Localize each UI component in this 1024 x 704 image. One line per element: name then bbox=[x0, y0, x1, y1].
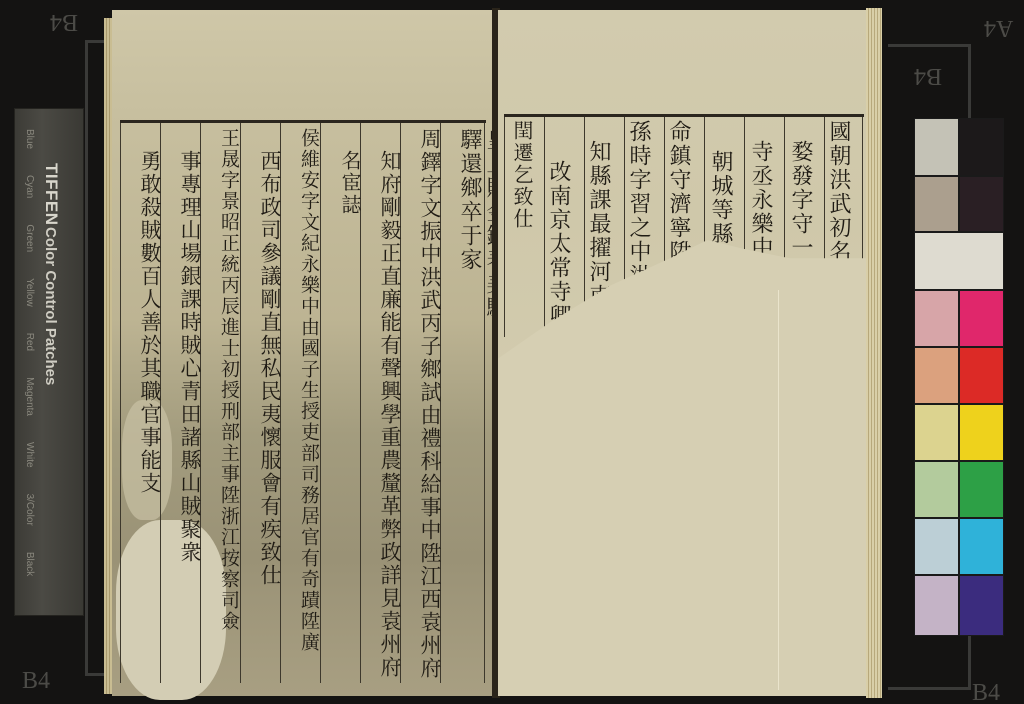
patch-cyan bbox=[959, 518, 1004, 575]
label-cyan: Cyan bbox=[24, 175, 35, 198]
open-book: 皇上賜金鏹表美馳驛還鄉卒于家 周鐸字文振中洪武丙子鄉試由禮科給事中陞江西袁州府 … bbox=[104, 8, 890, 698]
tiffen-brand: TIFFEN bbox=[41, 163, 61, 226]
label-black: Black bbox=[24, 552, 35, 576]
label-magenta: Magenta bbox=[24, 377, 35, 416]
label-yellow: Yellow bbox=[24, 278, 35, 307]
patch-orange-light bbox=[914, 347, 959, 404]
left-col-3: 知府剛毅正直廉能有聲興學重農釐革弊政詳見袁州府 bbox=[376, 150, 404, 690]
color-checker-chart bbox=[914, 118, 1004, 636]
patch-pink-light bbox=[914, 290, 959, 347]
left-col-8: 事專理山場銀課時賊心青田諸縣山賊聚衆 bbox=[176, 150, 204, 580]
left-col-2: 周鐸字文振中洪武丙子鄉試由禮科給事中陞江西袁州府 bbox=[416, 128, 444, 688]
left-col-6: 西布政司參議剛直無私民夷懷服會有疾致仕 bbox=[256, 150, 284, 670]
left-page: 皇上賜金鏹表美馳驛還鄉卒于家 周鐸字文振中洪武丙子鄉試由禮科給事中陞江西袁州府 … bbox=[112, 10, 494, 696]
patch-white bbox=[914, 232, 1004, 290]
patch-violet-light bbox=[914, 575, 959, 636]
patch-cyan-light bbox=[914, 518, 959, 575]
left-col-5: 侯維安字文紀永樂中由國子生授吏部司務居官有奇蹟陞廣 bbox=[296, 128, 322, 668]
paper-crease bbox=[778, 290, 779, 690]
patch-black bbox=[959, 118, 1004, 176]
right-page: 國朝洪武初名 婺發字守一洪 寺丞永樂中 朝城等縣建言 命鎮守濟寧陞刑 孫時字習之… bbox=[498, 10, 872, 696]
tiffen-color-strip: TIFFEN Color Control Patches Blue Cyan G… bbox=[14, 108, 84, 616]
patch-yellow bbox=[959, 404, 1004, 461]
tiffen-title: Color Control Patches bbox=[42, 227, 59, 385]
patch-red bbox=[959, 347, 1004, 404]
right-col-9: 閏遷乞致仕 bbox=[508, 120, 536, 250]
label-blue: Blue bbox=[24, 129, 35, 149]
right-page-edges bbox=[866, 8, 882, 698]
left-col-7: 王晟字景昭正統丙辰進士初授刑部主事陞浙江按察司僉 bbox=[216, 128, 242, 668]
patch-gray-light bbox=[914, 118, 959, 176]
background-mark-b4-top-left: B4 bbox=[50, 8, 78, 35]
patch-yellow-light bbox=[914, 404, 959, 461]
patch-black-2 bbox=[959, 176, 1004, 232]
tiffen-labels: Blue Cyan Green Yellow Red Magenta White… bbox=[24, 129, 35, 576]
label-red: Red bbox=[24, 333, 35, 351]
label-3color: 3/Color bbox=[24, 494, 35, 526]
left-col-4-title: 名宦誌 bbox=[336, 150, 364, 250]
background-mark-b4-bottom-right: B4 bbox=[972, 680, 1000, 704]
patch-green-light bbox=[914, 461, 959, 518]
patch-magenta bbox=[959, 290, 1004, 347]
left-col-9: 勇敢殺賊數百人善於其職官事能支 bbox=[136, 150, 164, 590]
label-green: Green bbox=[24, 224, 35, 252]
patch-violet bbox=[959, 575, 1004, 636]
background-mark-b4-top-right: A4 bbox=[984, 14, 1013, 41]
label-white: White bbox=[24, 442, 35, 468]
patch-green bbox=[959, 461, 1004, 518]
background-mark-b4-bottom-left: B4 bbox=[22, 668, 50, 695]
patch-gray-mid bbox=[914, 176, 959, 232]
